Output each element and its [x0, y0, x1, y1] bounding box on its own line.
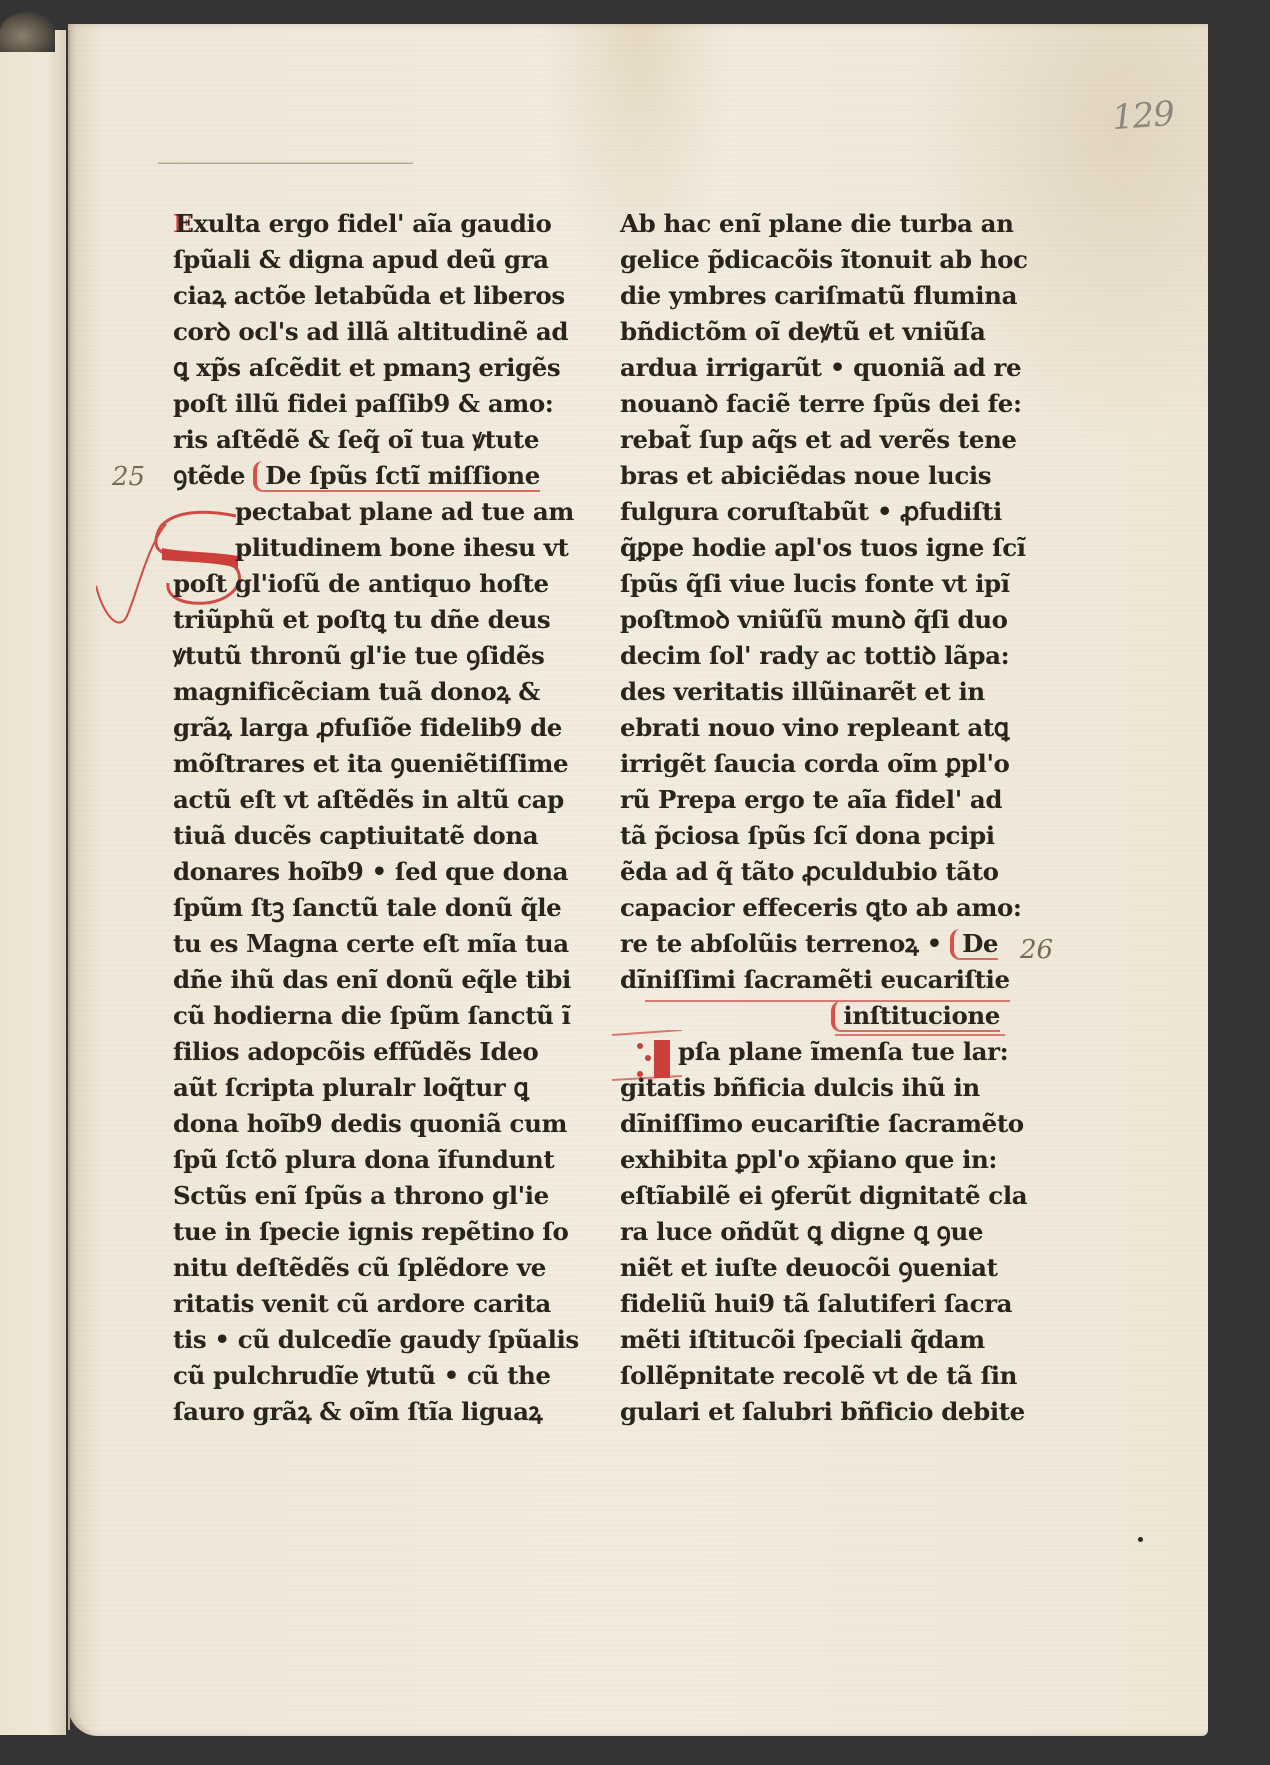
text-line: ciaꝝ actõe letabũda et liberos: [173, 278, 523, 314]
rubric-line: dĩniſſimi ſacramẽti eucariſtie: [620, 962, 1010, 998]
text-line: ẽda ad q̃ tãto ꝓculdubio tãto: [620, 854, 1010, 890]
text-line: tã p̃ciosa ſpũs ſcĩ dona pcipi: [620, 818, 1010, 854]
text-line: ritatis venit cũ ardore carita: [173, 1286, 523, 1322]
text-line: ra luce oñdũt ꝗ digne ꝗ ꝯue: [620, 1214, 1010, 1250]
facing-page-edge: [0, 30, 66, 1735]
text-line: irrigẽt ſaucia corda oĩm ꝑpl'o: [620, 746, 1010, 782]
text-line: eſtĩabilẽ ei ꝯferũt dignitatẽ cla: [620, 1178, 1010, 1214]
text-line: aũt ſcripta pluralr loq̃tur ꝗ: [173, 1070, 523, 1106]
text-line: cũ hodierna die ſpũm ſanctũ ĩ: [173, 998, 523, 1034]
text-line: des veritatis illũinarẽt et in: [620, 674, 1010, 710]
text-line: die ymbres cariſmatũ flumina: [620, 278, 1010, 314]
text-line-with-rubric: re te abſolũis terrenoꝝ • De: [620, 926, 1010, 962]
text-line: fideliũ hui9 tã ſalutiferi ſacra: [620, 1286, 1010, 1322]
text-line: ꝗ xp̃s aſcẽdit et pmanꝫ erigẽs: [173, 350, 523, 386]
text-line: ſpũali & digna apud deũ gra: [173, 242, 523, 278]
ink-speck: [1138, 1537, 1143, 1542]
text-line: dñe ihũ das enĩ donũ eq̃le tibi: [173, 962, 523, 998]
text-line: Ab hac enĩ plane die turba an: [620, 206, 1010, 242]
gutter: [68, 30, 70, 1730]
text-column-right: Ab hac enĩ plane die turba an gelice p̃d…: [620, 206, 1010, 1430]
text-line: mõſtrares et ita ꝯueniẽtiſſime: [173, 746, 523, 782]
rubric-heading: De ſpũs ſctĩ miſſione: [253, 461, 540, 492]
text-line: exhibita ꝑpl'o xp̃iano que in:: [620, 1142, 1010, 1178]
text-line: capacior effeceris ꝗto ab amo:: [620, 890, 1010, 926]
text-line: ſpũs q̃ſi viue lucis fonte vt ipĩ: [620, 566, 1010, 602]
text-line: bras et abiciẽdas noue lucis: [620, 458, 1010, 494]
text-line: gitatis bñficia dulcis ihũ in: [620, 1070, 1010, 1106]
text-line: niẽt et iuſte deuocõi ꝯueniat: [620, 1250, 1010, 1286]
text-line: filios adopcõis effũdẽs Ideo: [173, 1034, 523, 1070]
text-line: rũ Prepa ergo te aĩa fidel' ad: [620, 782, 1010, 818]
text-line: EExulta ergo fidel' aĩa gaudio: [173, 206, 523, 242]
folio-number: 129: [1111, 94, 1176, 138]
text-line-with-rubric: ꝯtẽde De ſpũs ſctĩ miſſione: [173, 458, 523, 494]
margin-note-26: 26: [1020, 935, 1053, 965]
text-line: nitu deſtẽdẽs cũ ſplẽdore ve: [173, 1250, 523, 1286]
text-line: dĩniſſimo eucariſtie ſacramẽto: [620, 1106, 1010, 1142]
text-line: tu es Magna certe eſt mĩa tua: [173, 926, 523, 962]
text-line: magnificẽciam tuã donoꝝ &: [173, 674, 523, 710]
text-line: donares hoĩb9 • ſed que dona: [173, 854, 523, 890]
text-line: dona hoĩb9 dedis quoniã cum: [173, 1106, 523, 1142]
text-line: gelice p̃dicacõis ĩtonuit ab hoc: [620, 242, 1010, 278]
rubric-heading: De: [950, 929, 998, 960]
text-line: ſpũm ſtꝫ ſanctũ tale donũ q̃le: [173, 890, 523, 926]
page-curl: [0, 12, 55, 52]
text-line: gulari et ſalubri bñficio debite: [620, 1394, 1010, 1430]
text-line: poſt illũ fidei paſſib9 & amo:: [173, 386, 523, 422]
text-line: corꝺ ocl's ad illã altitudinẽ ad: [173, 314, 523, 350]
ruled-line: [158, 162, 413, 164]
text-line: nouanꝺ faciẽ terre ſpũs dei fe:: [620, 386, 1010, 422]
text-line: grãꝝ larga ꝓfuſiõe fidelib9 de: [173, 710, 523, 746]
text-line: mẽti iſtitucõi ſpeciali q̃dam: [620, 1322, 1010, 1358]
text-line: ris aſtẽdẽ & ſeq̃ oĩ tua ꝟtute: [173, 422, 523, 458]
text-line: ꝟtutũ thronũ gl'ie tue ꝯſidẽs: [173, 638, 523, 674]
text-line: q̃ꝑpe hodie apl'os tuos igne ſcĩ: [620, 530, 1010, 566]
text-line: triũphũ et poſtꝗ tu dñe deus: [173, 602, 523, 638]
text-line: decim ſol' rady ac tottiꝺ lãpa:: [620, 638, 1010, 674]
text-line: ſollẽpnitate recolẽ vt de tã ſin: [620, 1358, 1010, 1394]
text-line: tiuã ducẽs captiuitatẽ dona: [173, 818, 523, 854]
text-line: tis • cũ dulcedĩe gaudy ſpũalis: [173, 1322, 523, 1358]
text-column-left: EExulta ergo fidel' aĩa gaudio ſpũali & …: [173, 206, 523, 1430]
text-line: ſauro grãꝝ & oĩm ſtĩa liguaꝝ: [173, 1394, 523, 1430]
text-line: pectabat plane ad tue am: [173, 494, 523, 530]
text-line: poſtmoꝺ vniũſũ munꝺ q̃ſi duo: [620, 602, 1010, 638]
text-line: rebat̃ ſup aq̃s et ad verẽs tene: [620, 422, 1010, 458]
text-line: bñdictõm oĩ deꝟtũ et vniũſa: [620, 314, 1010, 350]
text-line: fulgura coruſtabũt • ꝓfudiſti: [620, 494, 1010, 530]
text-line: ardua irrigarũt • quoniã ad re: [620, 350, 1010, 386]
text-line: pſa plane ĩmenſa tue lar:: [620, 1034, 1010, 1070]
text-line: ſpũ ſctõ plura dona ĩfundunt: [173, 1142, 523, 1178]
rubric-line: inſtitucione: [620, 998, 1010, 1034]
text-line: cũ pulchrudĩe ꝟtutũ • cũ the: [173, 1358, 523, 1394]
text-line: tue in ſpecie ignis repẽtino ſo: [173, 1214, 523, 1250]
text-line: Sctũs enĩ ſpũs a throno gl'ie: [173, 1178, 523, 1214]
text-line: actũ eſt vt aſtẽdẽs in altũ cap: [173, 782, 523, 818]
text-line: ebrati nouo vino repleant atꝗ: [620, 710, 1010, 746]
text-line: poſt gl'ioſũ de antiquo hoſte: [173, 566, 523, 602]
text-line: plitudinem bone ihesu vt: [173, 530, 523, 566]
margin-note-25: 25: [112, 462, 145, 492]
